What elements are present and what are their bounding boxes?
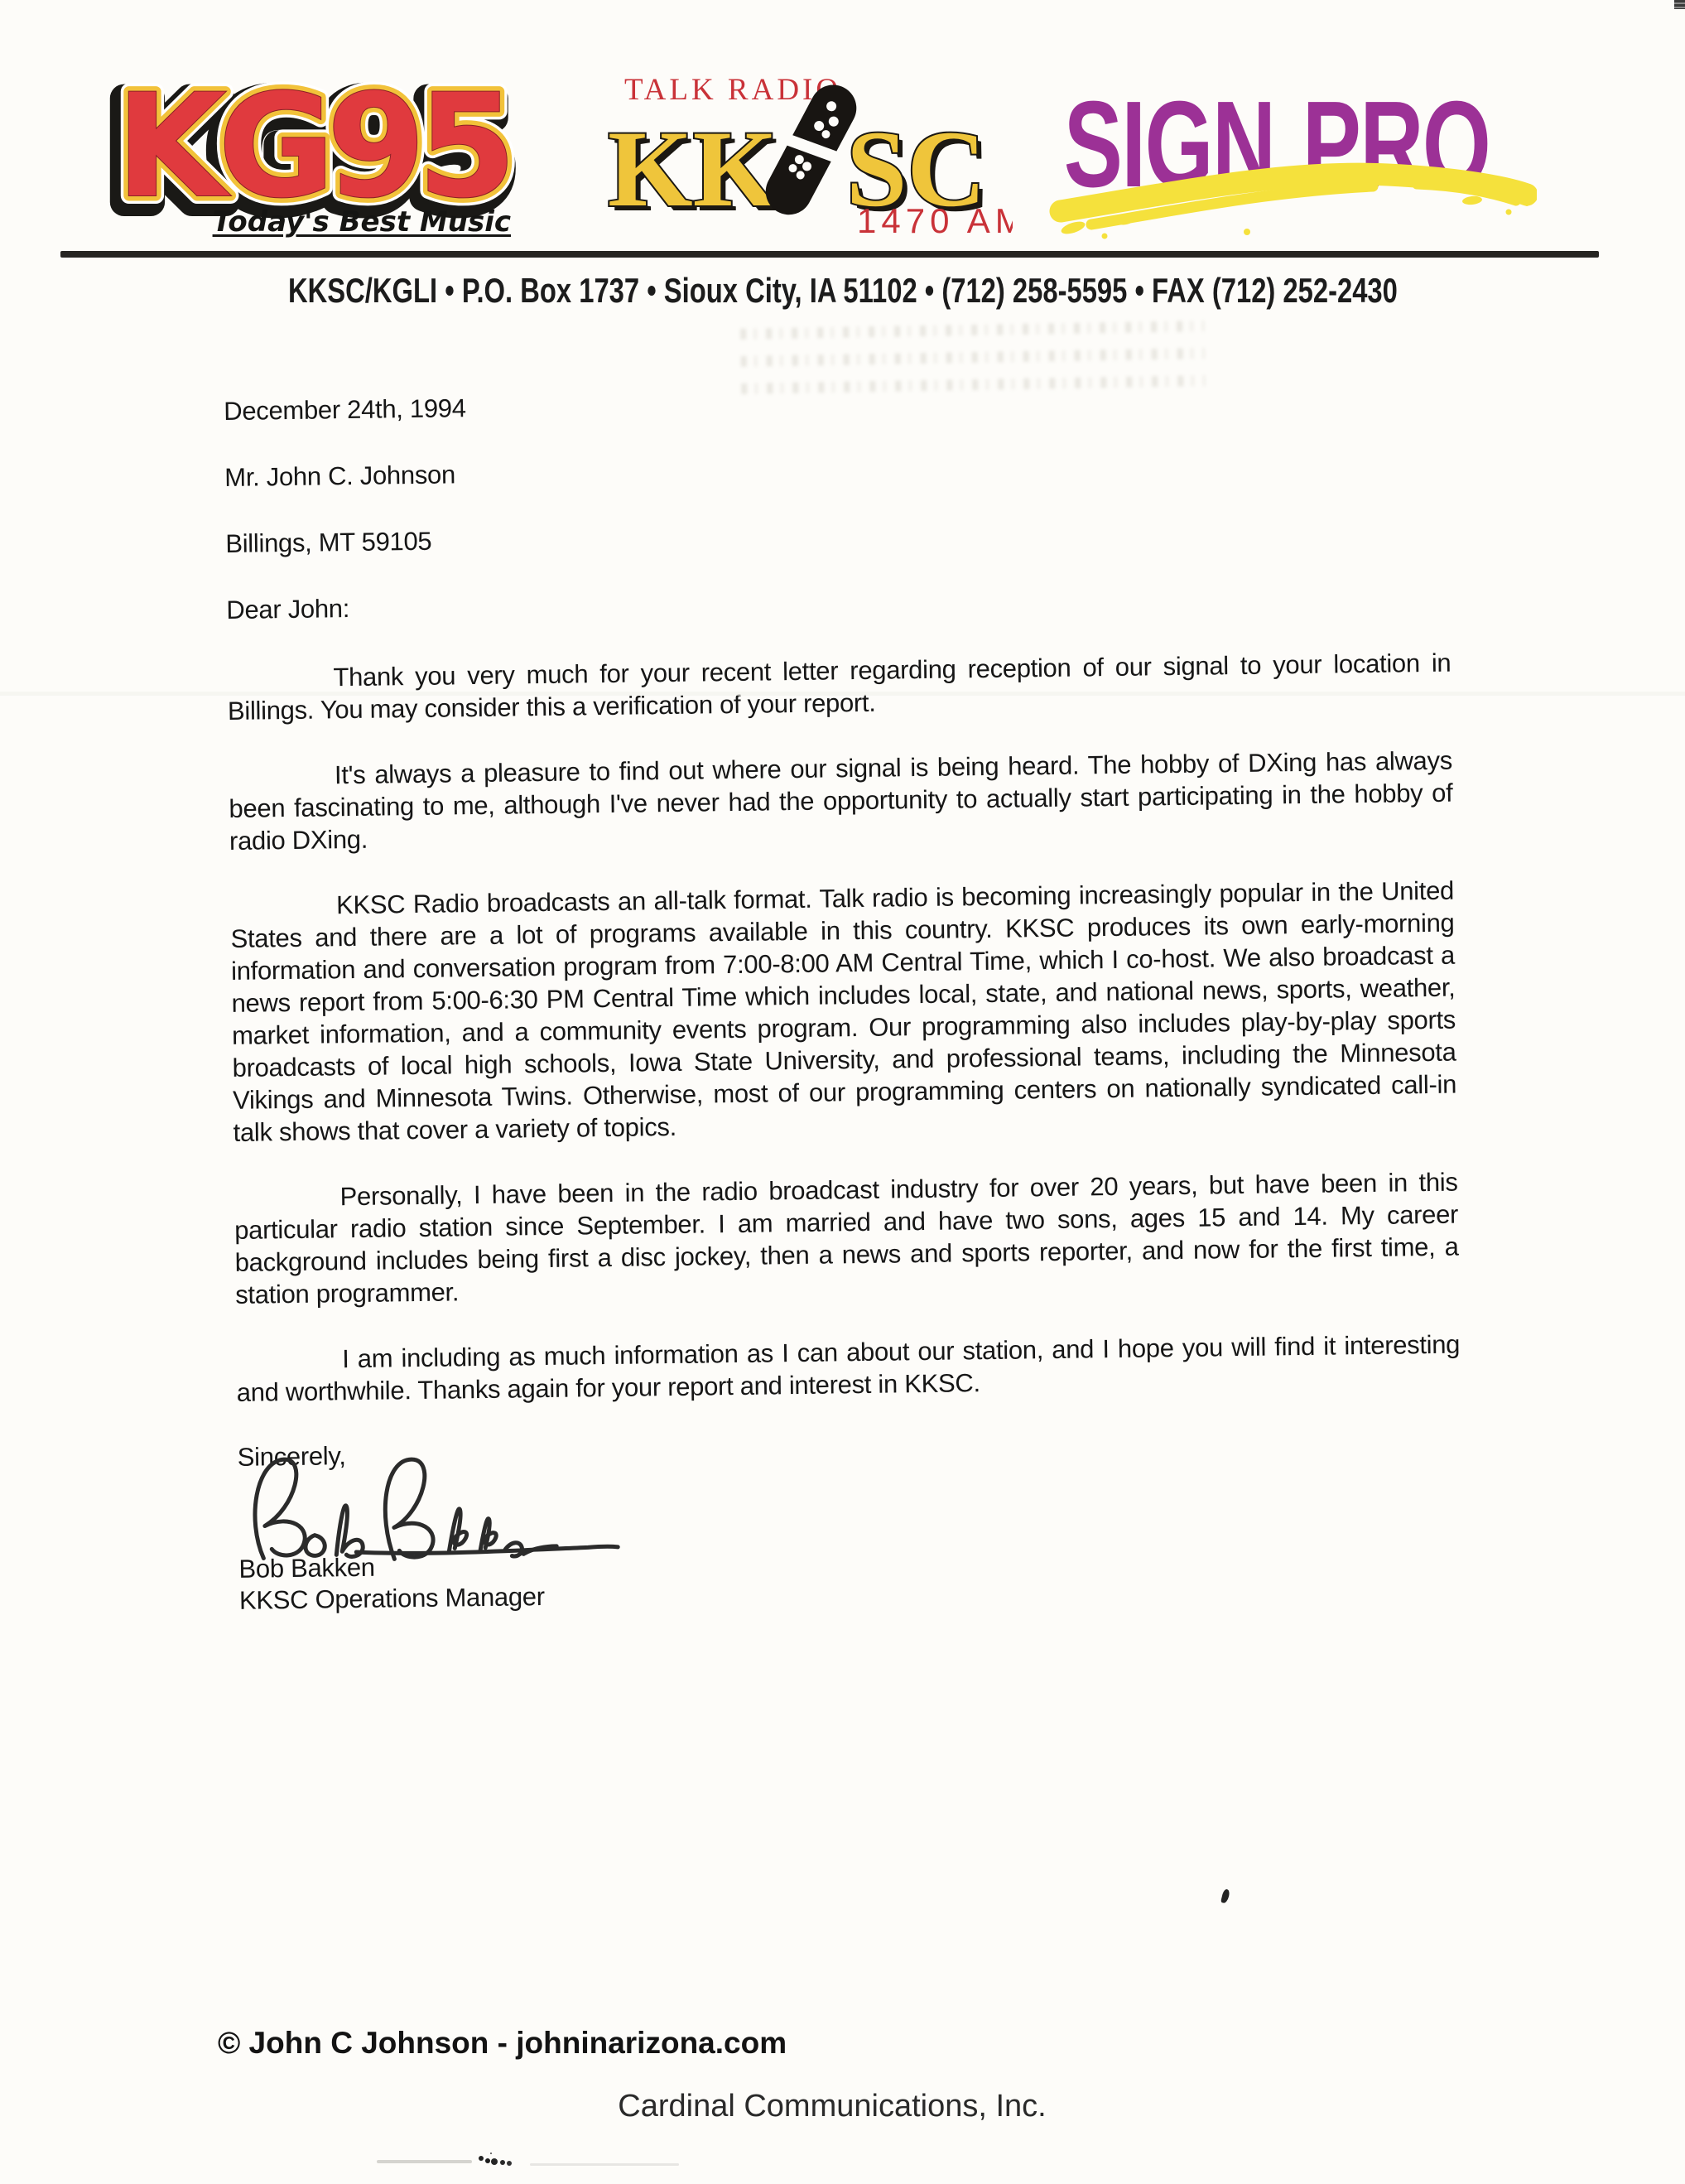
- kksc-kicker: TALK RADIO: [624, 73, 841, 107]
- bottom-scan-streak: [377, 2160, 472, 2163]
- kksc-logo: TALK RADIO KK SC KK SC 1470 AM: [595, 66, 1013, 244]
- kksc-frequency: 1470 AM: [857, 201, 1013, 240]
- salutation: Dear John:: [226, 579, 1450, 626]
- svg-text:KK: KK: [608, 108, 778, 229]
- ink-speck-artifact: [1220, 1888, 1230, 1903]
- svg-text:KG95: KG95: [116, 63, 508, 229]
- recipient-name: Mr. John C. Johnson: [224, 446, 1448, 494]
- contact-line: KKSC/KGLI • P.O. Box 1737 • Sioux City, …: [0, 272, 1685, 310]
- paragraph-3: KKSC Radio broadcasts an all-talk format…: [230, 875, 1457, 1149]
- paragraph-2: It's always a pleasure to find out where…: [229, 745, 1453, 857]
- kg95-tagline: Today's Best Music: [126, 205, 511, 239]
- company-line: Cardinal Communications, Inc.: [0, 2089, 1664, 2124]
- bottom-ink-specks: [479, 2156, 484, 2161]
- scan-line-artifact: [0, 692, 1685, 696]
- copyright-line: © John C Johnson - johninarizona.com: [218, 2026, 787, 2061]
- bottom-scan-streak-2: [530, 2163, 679, 2166]
- recipient-city: Billings, MT 59105: [225, 513, 1449, 560]
- letterhead-rule: [60, 251, 1599, 258]
- letter-body: December 24th, 1994 Mr. John C. Johnson …: [224, 380, 1463, 1617]
- scanned-letter-page: KG95 KG95 KG95 KG95 Today's Best Music T…: [0, 0, 1685, 2184]
- paragraph-4: Personally, I have been in the radio bro…: [233, 1166, 1459, 1311]
- paragraph-5: I am including as much information as I …: [236, 1328, 1461, 1409]
- paragraph-1: Thank you very much for your recent lett…: [227, 647, 1452, 727]
- corner-scan-mark: [1674, 0, 1685, 9]
- signpro-logo: SIGN PRO: [1040, 60, 1537, 243]
